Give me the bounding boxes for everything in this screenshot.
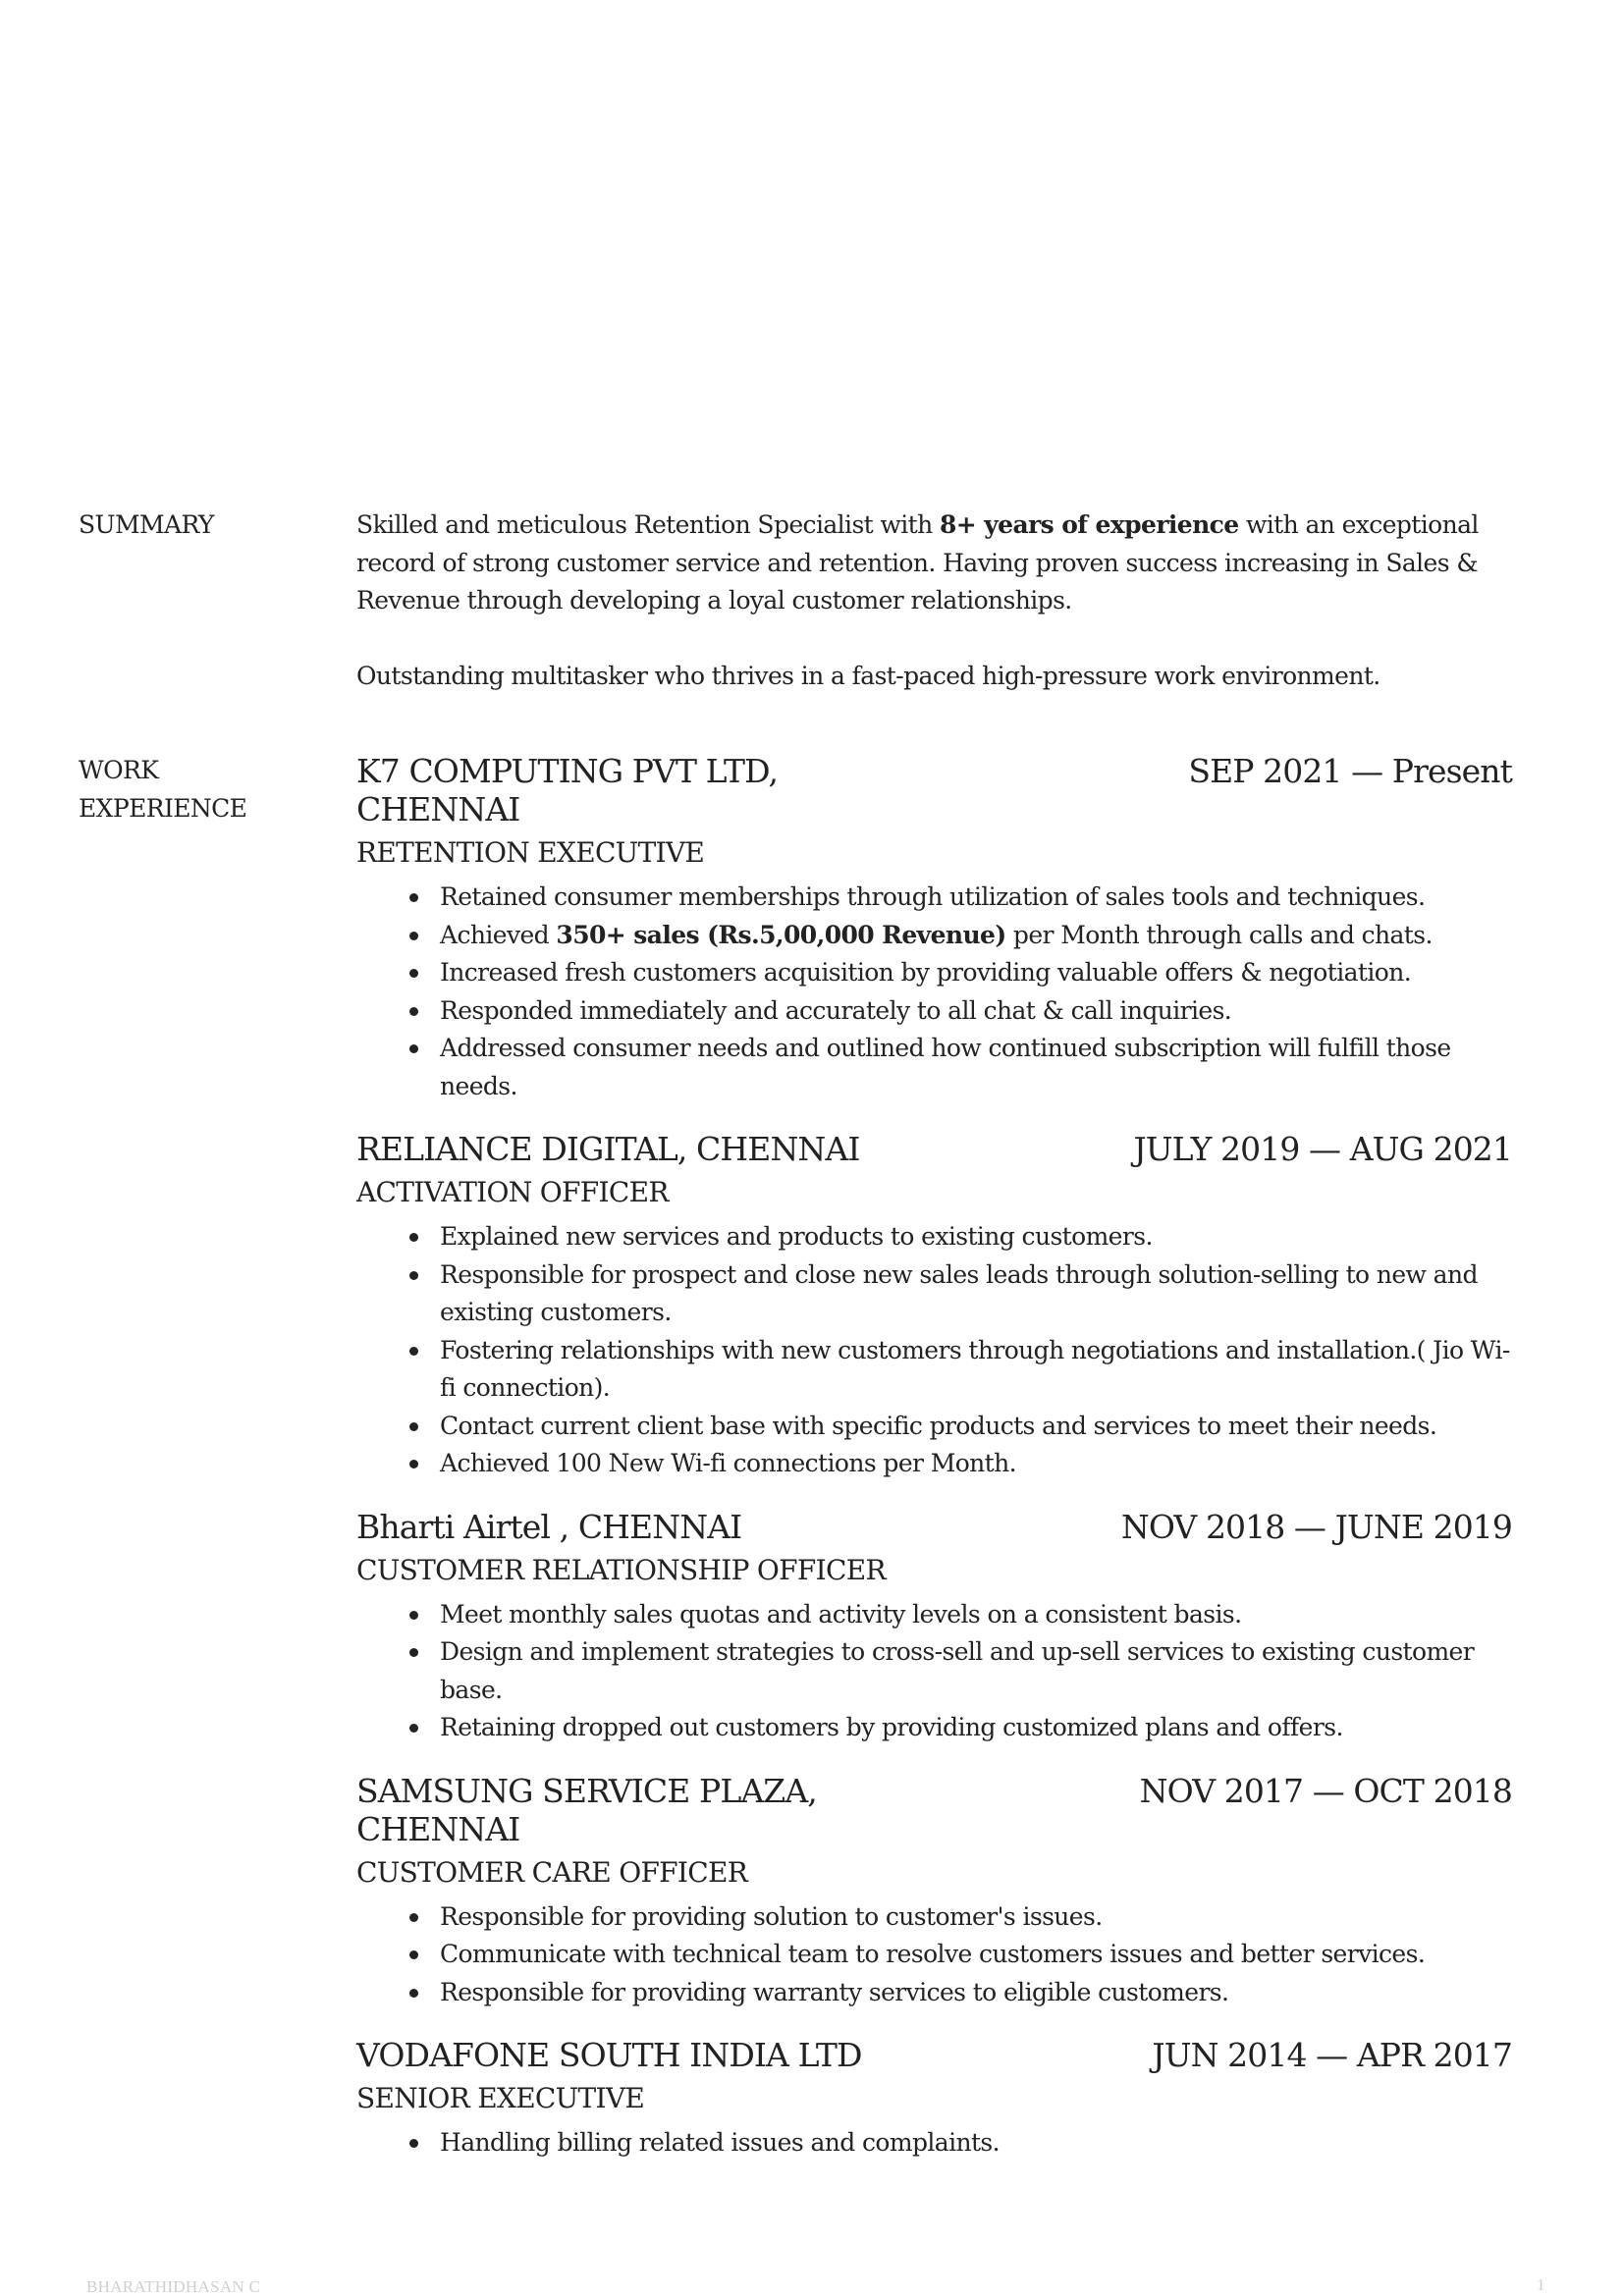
bullet-icon — [409, 2139, 418, 2148]
bullet-icon — [409, 1422, 418, 1431]
bullet-icon — [409, 1648, 418, 1657]
bullet-icon — [409, 1347, 418, 1356]
work-experience-label-line: EXPERIENCE — [79, 790, 334, 828]
summary-paragraph-2: Outstanding multitasker who thrives in a… — [356, 658, 1512, 696]
company-name: Bharti Airtel , CHENNAI — [356, 1508, 741, 1546]
list-item: Contact current client base with specifi… — [440, 1408, 1512, 1446]
work-experience-label: WORK EXPERIENCE — [79, 752, 334, 828]
bullet-text: Achieved — [440, 921, 556, 949]
bullet-icon — [409, 1950, 418, 1959]
list-item: Design and implement strategies to cross… — [440, 1633, 1512, 1709]
job-title: CUSTOMER RELATIONSHIP OFFICER — [356, 1553, 1512, 1588]
list-item: Retained consumer memberships through ut… — [440, 879, 1512, 917]
responsibilities-list: Responsible for providing solution to cu… — [356, 1898, 1512, 2012]
bullet-text: Increased fresh customers acquisition by… — [440, 958, 1411, 987]
list-item: Addressed consumer needs and outlined ho… — [440, 1030, 1512, 1105]
summary-text: Skilled and meticulous Retention Special… — [356, 510, 940, 539]
bullet-highlight: 350+ sales (Rs.5,00,000 Revenue) — [556, 921, 1005, 949]
bullet-text: Responsible for providing warranty servi… — [440, 1978, 1228, 2006]
employment-dates: JULY 2019 — AUG 2021 — [1133, 1130, 1512, 1168]
list-item: Responsible for prospect and close new s… — [440, 1256, 1512, 1332]
bullet-text: Design and implement strategies to cross… — [440, 1637, 1474, 1704]
list-item: Retaining dropped out customers by provi… — [440, 1709, 1512, 1747]
summary-body: Skilled and meticulous Retention Special… — [356, 507, 1512, 696]
company-name: RELIANCE DIGITAL, CHENNAI — [356, 1130, 859, 1168]
list-item: Communicate with technical team to resol… — [440, 1936, 1512, 1974]
list-item: Achieved 100 New Wi-fi connections per M… — [440, 1445, 1512, 1483]
summary-highlight: 8+ years of experience — [940, 510, 1239, 539]
responsibilities-list: Meet monthly sales quotas and activity l… — [356, 1596, 1512, 1747]
bullet-text: Fostering relationships with new custome… — [440, 1336, 1510, 1403]
job-title: CUSTOMER CARE OFFICER — [356, 1855, 1512, 1891]
job-entry: K7 COMPUTING PVT LTD, CHENNAISEP 2021 — … — [356, 752, 1512, 1105]
bullet-text: Responsible for providing solution to cu… — [440, 1902, 1103, 1931]
bullet-text: Achieved 100 New Wi-fi connections per M… — [440, 1449, 1016, 1477]
bullet-text: Communicate with technical team to resol… — [440, 1940, 1425, 1968]
employment-dates: NOV 2018 — JUNE 2019 — [1121, 1508, 1512, 1546]
responsibilities-list: Explained new services and products to e… — [356, 1218, 1512, 1483]
bullet-text: Handling billing related issues and comp… — [440, 2128, 1000, 2157]
responsibilities-list: Retained consumer memberships through ut… — [356, 879, 1512, 1105]
job-title: RETENTION EXECUTIVE — [356, 835, 1512, 871]
bullet-text: Responded immediately and accurately to … — [440, 996, 1231, 1025]
bullet-icon — [409, 1044, 418, 1053]
job-entry: VODAFONE SOUTH INDIA LTDJUN 2014 — APR 2… — [356, 2036, 1512, 2163]
bullet-text: Addressed consumer needs and outlined ho… — [440, 1034, 1451, 1100]
work-experience-label-line: WORK — [79, 752, 334, 790]
list-item: Explained new services and products to e… — [440, 1218, 1512, 1256]
company-name: SAMSUNG SERVICE PLAZA, CHENNAI — [356, 1772, 828, 1848]
employment-dates: NOV 2017 — OCT 2018 — [1140, 1772, 1512, 1810]
company-name: K7 COMPUTING PVT LTD, CHENNAI — [356, 752, 828, 828]
job-title: ACTIVATION OFFICER — [356, 1175, 1512, 1210]
bullet-icon — [409, 893, 418, 902]
bullet-text: Explained new services and products to e… — [440, 1222, 1153, 1251]
bullet-icon — [409, 1460, 418, 1468]
bullet-icon — [409, 969, 418, 978]
bullet-text: Retained consumer memberships through ut… — [440, 882, 1425, 911]
bullet-text: Contact current client base with specifi… — [440, 1412, 1436, 1440]
list-item: Responsible for providing solution to cu… — [440, 1898, 1512, 1937]
bullet-text: Retaining dropped out customers by provi… — [440, 1713, 1343, 1741]
bullet-text: Responsible for prospect and close new s… — [440, 1260, 1478, 1327]
list-item: Increased fresh customers acquisition by… — [440, 954, 1512, 992]
employment-dates: SEP 2021 — Present — [1188, 752, 1512, 790]
bullet-icon — [409, 1724, 418, 1733]
responsibilities-list: Handling billing related issues and comp… — [356, 2124, 1512, 2163]
job-header: SAMSUNG SERVICE PLAZA, CHENNAINOV 2017 —… — [356, 1772, 1512, 1848]
bullet-icon — [409, 1913, 418, 1922]
list-item: Fostering relationships with new custome… — [440, 1332, 1512, 1408]
jobs-list: K7 COMPUTING PVT LTD, CHENNAISEP 2021 — … — [356, 752, 1512, 2163]
job-header: Bharti Airtel , CHENNAINOV 2018 — JUNE 2… — [356, 1508, 1512, 1546]
list-item: Achieved 350+ sales (Rs.5,00,000 Revenue… — [440, 917, 1512, 955]
job-entry: Bharti Airtel , CHENNAINOV 2018 — JUNE 2… — [356, 1508, 1512, 1747]
job-header: K7 COMPUTING PVT LTD, CHENNAISEP 2021 — … — [356, 752, 1512, 828]
bullet-text: per Month through calls and chats. — [1006, 921, 1433, 949]
bullet-icon — [409, 1989, 418, 1998]
job-entry: RELIANCE DIGITAL, CHENNAIJULY 2019 — AUG… — [356, 1130, 1512, 1483]
bullet-icon — [409, 1233, 418, 1242]
bullet-icon — [409, 1611, 418, 1620]
bullet-icon — [409, 1007, 418, 1016]
job-entry: SAMSUNG SERVICE PLAZA, CHENNAINOV 2017 —… — [356, 1772, 1512, 2012]
bullet-text: Meet monthly sales quotas and activity l… — [440, 1600, 1241, 1629]
job-header: VODAFONE SOUTH INDIA LTDJUN 2014 — APR 2… — [356, 2036, 1512, 2074]
summary-paragraph-1: Skilled and meticulous Retention Special… — [356, 507, 1512, 620]
list-item: Meet monthly sales quotas and activity l… — [440, 1596, 1512, 1634]
summary-label: SUMMARY — [79, 507, 334, 545]
page-number: 1 — [1537, 2275, 1545, 2295]
list-item: Responded immediately and accurately to … — [440, 992, 1512, 1031]
job-header: RELIANCE DIGITAL, CHENNAIJULY 2019 — AUG… — [356, 1130, 1512, 1168]
employment-dates: JUN 2014 — APR 2017 — [1152, 2036, 1512, 2074]
footer-name: BHARATHIDHASAN C — [86, 2277, 260, 2296]
bullet-icon — [409, 932, 418, 940]
list-item: Responsible for providing warranty servi… — [440, 1974, 1512, 2012]
bullet-icon — [409, 1271, 418, 1280]
list-item: Handling billing related issues and comp… — [440, 2124, 1512, 2163]
job-title: SENIOR EXECUTIVE — [356, 2081, 1512, 2116]
company-name: VODAFONE SOUTH INDIA LTD — [356, 2036, 862, 2074]
resume-page: SUMMARY Skilled and meticulous Retention… — [0, 0, 1623, 2296]
